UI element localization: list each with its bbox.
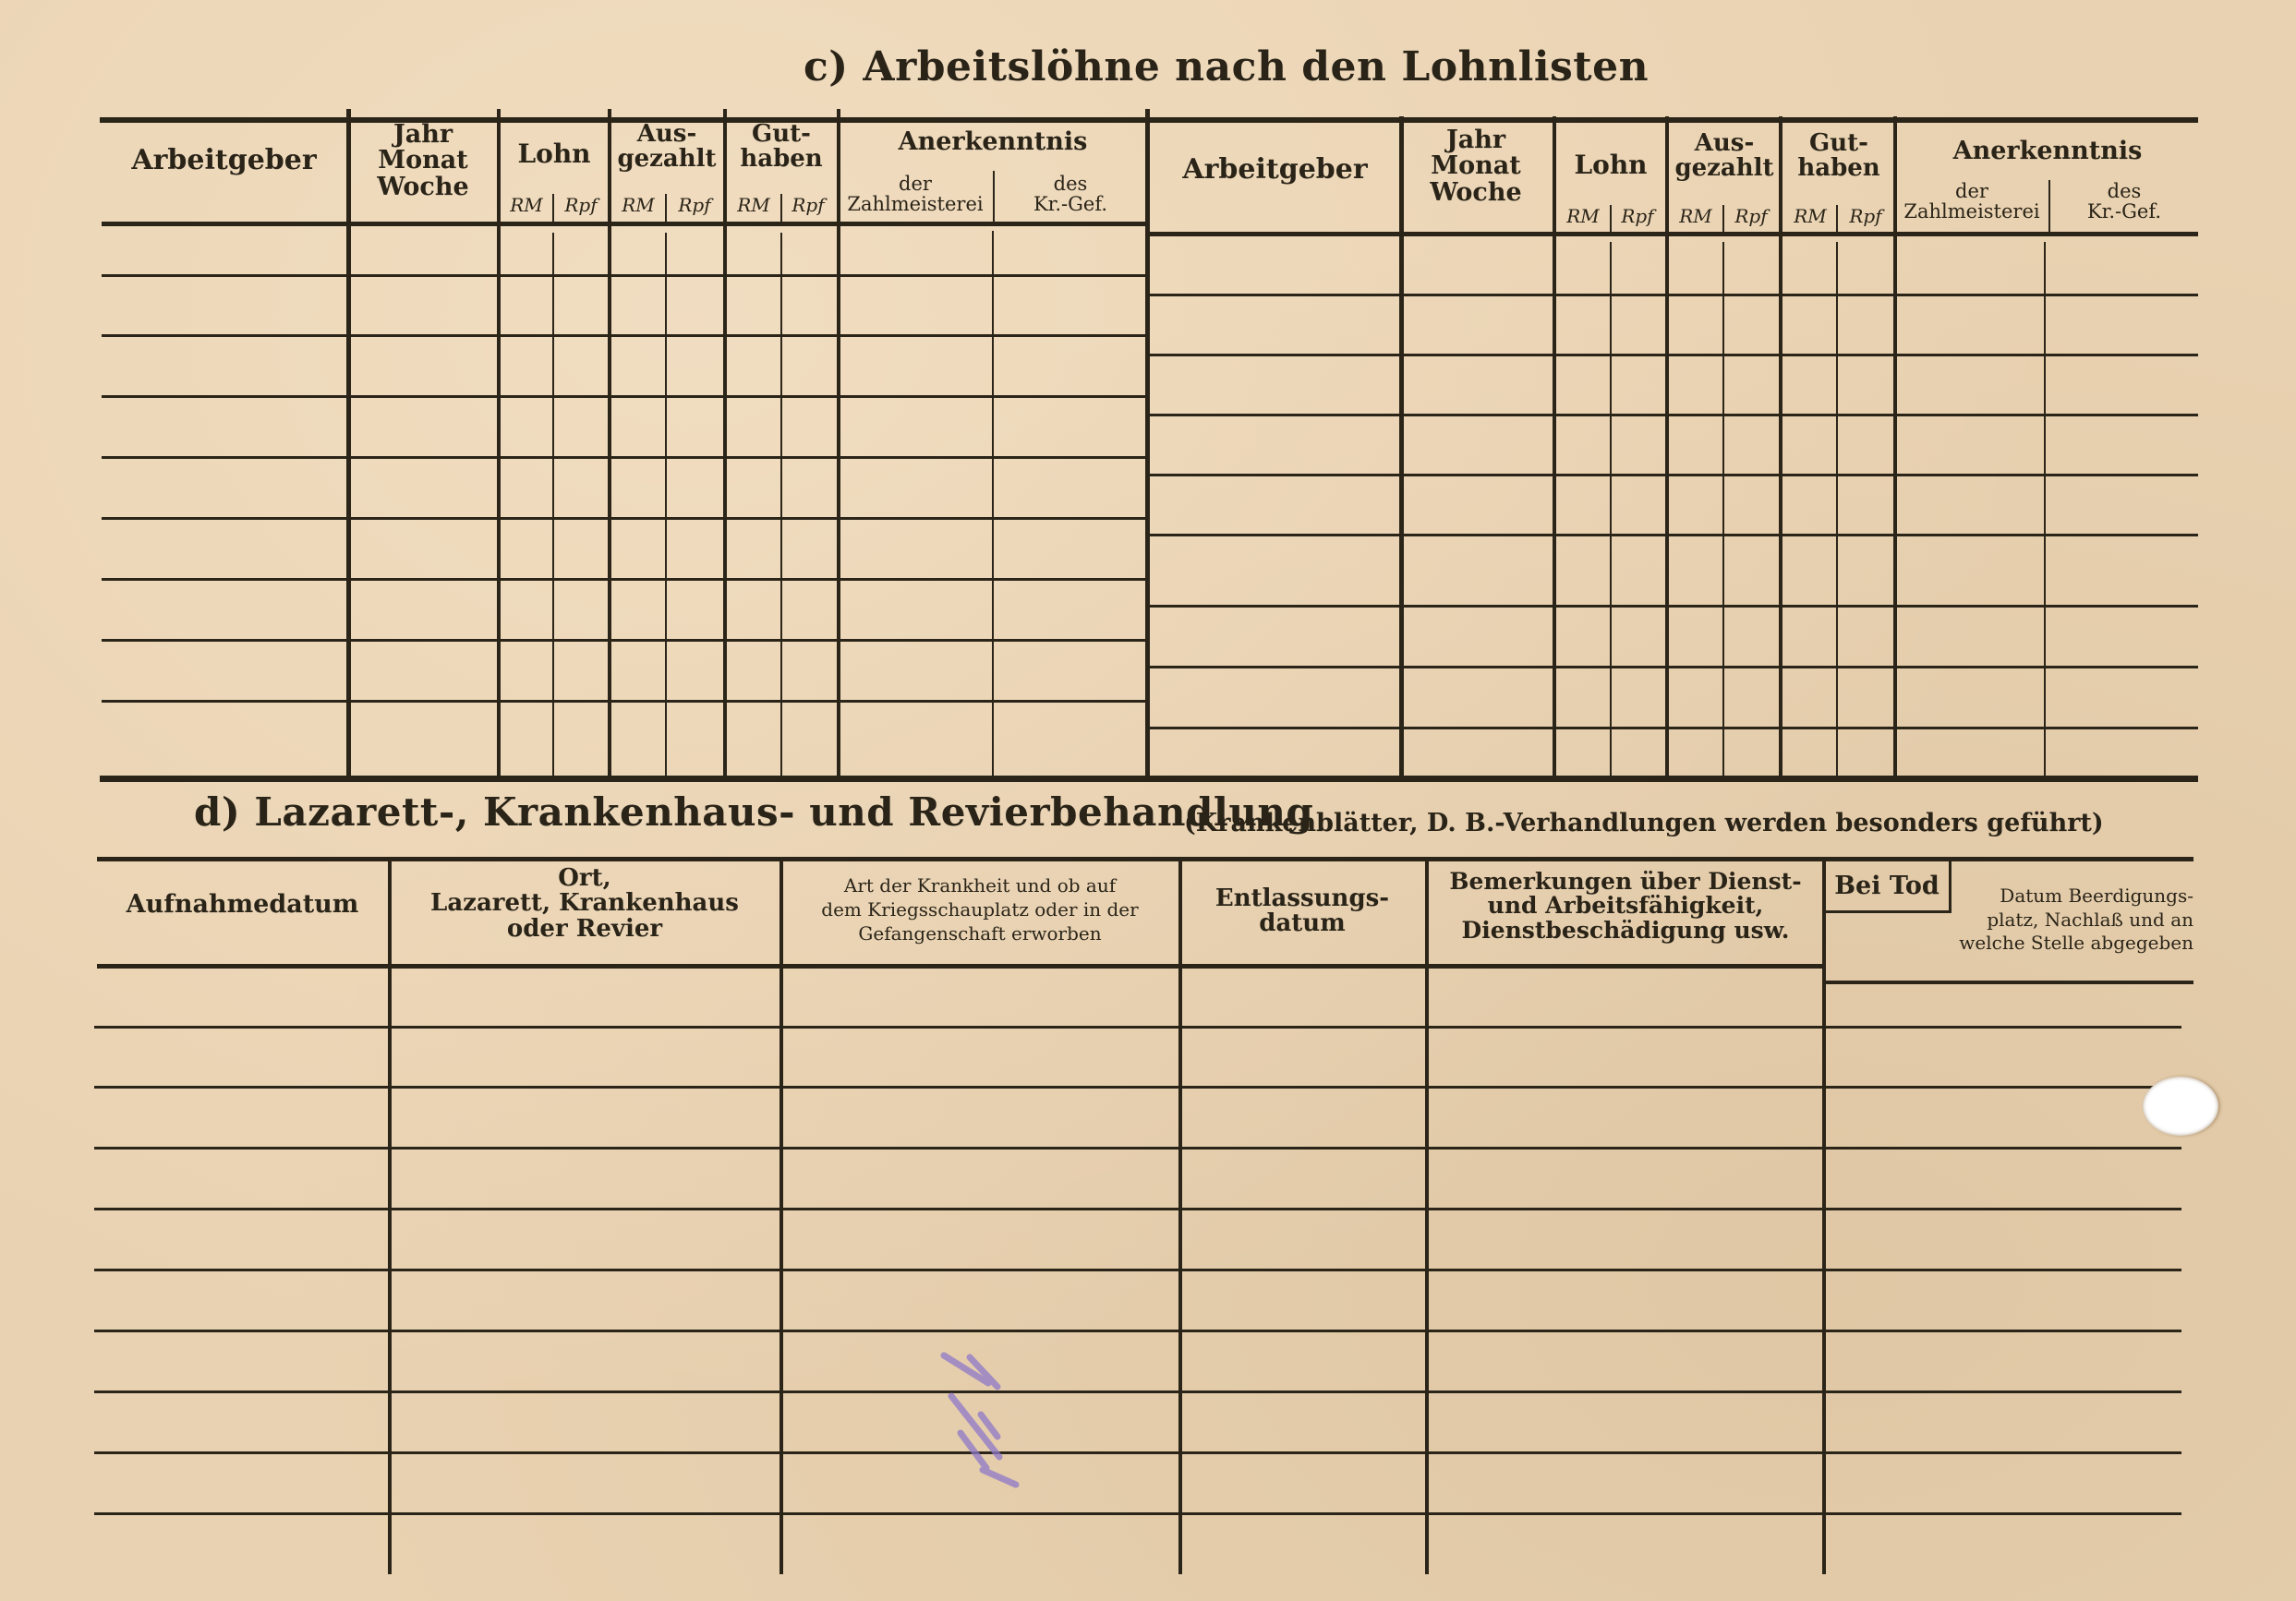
- punch-hole: [2143, 1077, 2218, 1136]
- vline: [1399, 116, 1404, 781]
- col-ausgezahlt-left: Aus- gezahlt: [610, 122, 724, 173]
- vline-thin: [1836, 242, 1838, 781]
- col-jahr-left: Jahr Monat Woche: [349, 122, 497, 200]
- rpf-gut-left: Rpf: [781, 196, 835, 215]
- section-d-header-rule-right: [1824, 981, 2193, 984]
- label-jahr: Jahr: [349, 122, 497, 148]
- label-jahr: Jahr: [1402, 127, 1550, 153]
- label-bem-3: Dienstbeschädigung usw.: [1428, 919, 1823, 943]
- vline: [837, 109, 840, 779]
- label-haben: haben: [726, 147, 837, 172]
- rpf-lohn-right: Rpf: [1611, 207, 1664, 226]
- col-ort: Ort, Lazarett, Krankenhaus oder Revier: [390, 866, 779, 942]
- section-d-note: (Krankenblätter, D. B.-Verhandlungen wer…: [1184, 811, 2080, 837]
- rpf-aus-right: Rpf: [1723, 207, 1779, 226]
- row-line: [94, 1451, 2181, 1454]
- label-haben: haben: [1782, 156, 1895, 181]
- label-monat: Monat: [349, 148, 497, 174]
- row-line: [102, 456, 1145, 459]
- vline-thin: [552, 194, 554, 222]
- section-c-header-rule-right: [1150, 232, 2198, 236]
- label-gut: Gut-: [726, 122, 837, 147]
- col-entlassungsdatum: Entlassungs- datum: [1180, 886, 1424, 937]
- row-line: [94, 1147, 2181, 1150]
- vline: [1893, 116, 1897, 781]
- col-anerkenntnis-right: Anerkenntnis: [1897, 138, 2198, 164]
- row-line: [94, 1390, 2181, 1393]
- rm-gut-right: RM: [1784, 207, 1836, 226]
- label-aus: Aus-: [610, 122, 724, 147]
- vline: [608, 109, 611, 779]
- col-guthaben-right: Gut- haben: [1782, 131, 1895, 182]
- label-art-3: Gefangenschaft erworben: [781, 921, 1178, 945]
- label-gut: Gut-: [1782, 131, 1895, 156]
- vline: [388, 859, 392, 1574]
- label-zahlmeisterei: Zahlmeisterei: [839, 194, 992, 214]
- label-aus: Aus-: [1668, 131, 1781, 156]
- rm-aus-left: RM: [611, 196, 665, 215]
- label-ort: Ort,: [390, 866, 779, 891]
- label-entlassungs: Entlassungs-: [1180, 886, 1424, 911]
- vline-thin: [665, 194, 667, 222]
- label-krgef: Kr.-Gef.: [994, 194, 1147, 214]
- label-woche: Woche: [1402, 180, 1550, 206]
- row-line: [102, 639, 1145, 642]
- col-aufnahmedatum: Aufnahmedatum: [97, 892, 388, 918]
- row-line: [94, 1512, 2181, 1515]
- vline: [1665, 116, 1669, 781]
- rpf-lohn-left: Rpf: [554, 196, 608, 215]
- col-art-der-krankheit: Art der Krankheit und ob auf dem Kriegss…: [781, 873, 1178, 945]
- label-gezahlt: gezahlt: [610, 147, 724, 172]
- vline: [723, 109, 727, 779]
- col-guthaben-left: Gut- haben: [726, 122, 837, 173]
- section-c-bottom-rule: [100, 776, 2198, 782]
- row-line: [94, 1208, 2181, 1210]
- vline-thin: [552, 233, 554, 779]
- col-anerkenntnis-left: Anerkenntnis: [840, 129, 1145, 155]
- rm-lohn-left: RM: [501, 196, 552, 215]
- row-line: [1150, 474, 2198, 476]
- label-bem-1: Bemerkungen über Dienst-: [1428, 870, 1823, 894]
- col-lohn-left: Lohn: [499, 140, 610, 167]
- label-tod-3: welche Stelle abgegeben: [1940, 932, 2193, 956]
- row-line: [1150, 666, 2198, 668]
- label-bem-2: und Arbeitsfähigkeit,: [1428, 894, 1823, 918]
- col-bemerkungen: Bemerkungen über Dienst- und Arbeitsfähi…: [1428, 870, 1823, 943]
- label-zahlmeisterei: Zahlmeisterei: [1895, 201, 2048, 222]
- vline-thin: [993, 171, 995, 222]
- vline: [1553, 116, 1556, 781]
- label-monat: Monat: [1402, 153, 1550, 179]
- section-d-header-rule: [97, 964, 1824, 969]
- row-line: [1150, 354, 2198, 356]
- section-d-title: d) Lazarett-, Krankenhaus- und Revierbeh…: [194, 792, 1173, 833]
- vline-thin: [992, 231, 994, 779]
- vline-thin: [2044, 242, 2046, 781]
- form-sheet: c) Arbeitslöhne nach den Lohnlisten Arbe…: [0, 0, 2296, 1601]
- vline-thin: [780, 233, 782, 779]
- col-der-zahlmeisterei-right: der Zahlmeisterei: [1895, 181, 2048, 222]
- row-line: [94, 1269, 2181, 1271]
- label-bei-tod: Bei Tod: [1827, 873, 1947, 899]
- rpf-aus-left: Rpf: [667, 196, 722, 215]
- label-art-2: dem Kriegsschauplatz oder in der: [781, 897, 1178, 921]
- vline-thin: [1610, 242, 1612, 781]
- col-tod-detail: Datum Beerdigungs- platz, Nachlaß und an…: [1940, 885, 2193, 956]
- rm-lohn-right: RM: [1557, 207, 1609, 226]
- vline-thin: [1722, 205, 1724, 233]
- row-line: [1150, 605, 2198, 608]
- rm-gut-left: RM: [728, 196, 779, 215]
- vline: [1822, 859, 1826, 1574]
- vline: [1779, 116, 1782, 781]
- col-arbeitgeber-right: Arbeitgeber: [1153, 155, 1397, 185]
- section-c-title: c) Arbeitslöhne nach den Lohnlisten: [804, 46, 1505, 89]
- col-lohn-right: Lohn: [1555, 151, 1666, 178]
- row-line: [1150, 414, 2198, 416]
- col-des-krgef-right: des Kr.-Gef.: [2050, 181, 2198, 222]
- row-line: [102, 274, 1145, 277]
- label-der: der: [839, 174, 992, 194]
- vline: [1145, 109, 1150, 779]
- row-line: [94, 1086, 2181, 1089]
- vline-thin: [780, 194, 782, 222]
- col-der-zahlmeisterei-left: der Zahlmeisterei: [839, 174, 992, 214]
- label-revier: oder Revier: [390, 917, 779, 942]
- row-line: [94, 1330, 2181, 1332]
- vline: [1178, 859, 1182, 1574]
- vline-thin: [2048, 180, 2050, 232]
- col-des-krgef-left: des Kr.-Gef.: [994, 174, 1147, 214]
- vline-thin: [1836, 205, 1838, 233]
- label-der: der: [1895, 181, 2048, 201]
- ink-stamp-mark: [933, 1348, 1044, 1496]
- col-ausgezahlt-right: Aus- gezahlt: [1668, 131, 1781, 182]
- row-line: [1150, 294, 2198, 296]
- rm-aus-right: RM: [1670, 207, 1722, 226]
- label-des: des: [994, 174, 1147, 194]
- row-line: [102, 700, 1145, 703]
- vline: [346, 109, 351, 779]
- vline-thin: [1610, 205, 1612, 233]
- col-jahr-right: Jahr Monat Woche: [1402, 127, 1550, 206]
- row-line: [102, 334, 1145, 337]
- label-krgef: Kr.-Gef.: [2050, 201, 2198, 222]
- row-line: [1150, 534, 2198, 536]
- vline: [779, 859, 783, 1574]
- label-datum: datum: [1180, 911, 1424, 936]
- label-lazarett: Lazarett, Krankenhaus: [390, 891, 779, 916]
- label-art-1: Art der Krankheit und ob auf: [781, 873, 1178, 897]
- row-line: [102, 578, 1145, 581]
- vline: [1425, 859, 1429, 1574]
- label-tod-1: Datum Beerdigungs-: [1940, 885, 2193, 909]
- row-line: [94, 1026, 2181, 1029]
- vline-thin: [1722, 242, 1724, 781]
- col-arbeitgeber-left: Arbeitgeber: [102, 146, 346, 175]
- label-gezahlt: gezahlt: [1668, 156, 1781, 181]
- row-line: [102, 517, 1145, 520]
- rpf-gut-right: Rpf: [1838, 207, 1893, 226]
- section-c-header-rule-left: [102, 222, 1145, 226]
- vline-thin: [665, 233, 667, 779]
- row-line: [102, 395, 1145, 398]
- label-tod-2: platz, Nachlaß und an: [1940, 909, 2193, 933]
- row-line: [1150, 727, 2198, 729]
- label-des: des: [2050, 181, 2198, 201]
- label-woche: Woche: [349, 175, 497, 200]
- vline: [497, 109, 501, 779]
